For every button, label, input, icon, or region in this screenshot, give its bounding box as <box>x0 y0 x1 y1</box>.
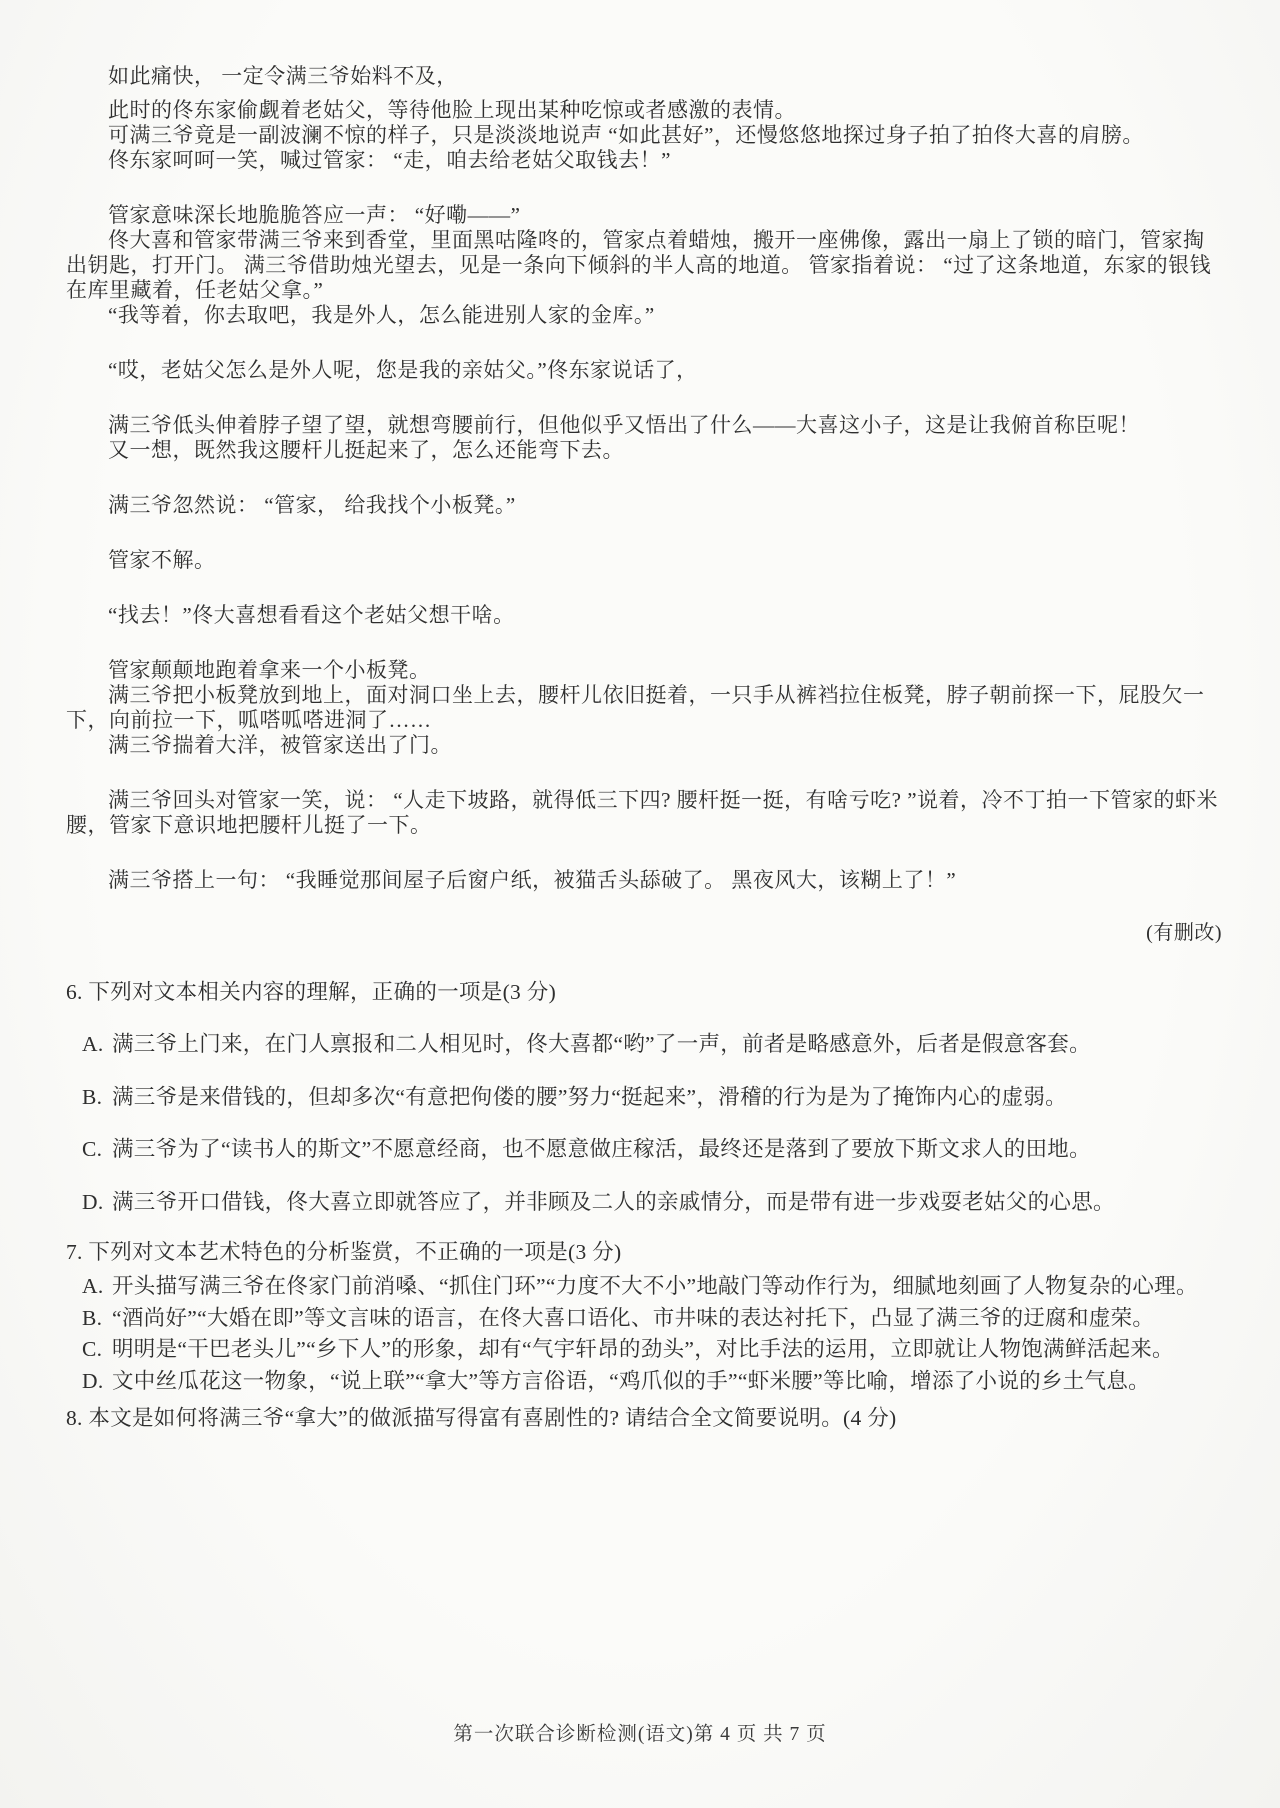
question-7-option-a: A.开头描写满三爷在佟家门前消嗓、“抓住门环”“力度不大不小”地敲门等动作行为，… <box>66 1273 1222 1301</box>
option-text: 满三爷是来借钱的，但却多次“有意把佝偻的腰”努力“挺起来”，滑稽的行为是为了掩饰… <box>112 1085 1067 1109</box>
story-paragraph: 满三爷回头对管家一笑，说： “人走下坡路，就得低三下四? 腰杆挺一挺，有啥亏吃?… <box>66 788 1222 838</box>
page-footer: 第一次联合诊断检测(语文)第 4 页 共 7 页 <box>0 1718 1280 1746</box>
story-paragraph: 管家颠颠地跑着拿来一个小板凳。 <box>66 658 1222 683</box>
story-paragraph: 佟大喜和管家带满三爷来到香堂，里面黑咕隆咚的，管家点着蜡烛，搬开一座佛像，露出一… <box>66 228 1222 303</box>
question-7-option-b: B.“酒尚好”“大婚在即”等文言味的语言，在佟大喜口语化、市井味的表达衬托下，凸… <box>66 1305 1222 1333</box>
story-paragraph: “哎，老姑父怎么是外人呢，您是我的亲姑父。”佟东家说话了， <box>66 358 1222 383</box>
story-paragraph: “找去！”佟大喜想看看这个老姑父想干啥。 <box>66 603 1222 628</box>
option-label: B. <box>82 1084 102 1112</box>
question-6-stem: 6. 下列对文本相关内容的理解，正确的一项是(3 分) <box>66 978 1222 1006</box>
question-7-option-d: D.文中丝瓜花这一物象，“说上联”“拿大”等方言俗语，“鸡爪似的手”“虾米腰”等… <box>66 1368 1222 1396</box>
story-paragraph: 如此痛快， 一定令满三爷始料不及， <box>66 64 1222 89</box>
story-paragraph: 管家不解。 <box>66 548 1222 573</box>
question-6-option-c: C.满三爷为了“读书人的斯文”不愿意经商，也不愿意做庄稼活，最终还是落到了要放下… <box>66 1136 1222 1164</box>
question-7-stem: 7. 下列对文本艺术特色的分析鉴赏，不正确的一项是(3 分) <box>66 1238 1222 1266</box>
option-text: 明明是“干巴老头儿”“乡下人”的形象，却有“气宇轩昂的劲头”，对比手法的运用，立… <box>112 1337 1174 1361</box>
story-paragraph: 满三爷低头伸着脖子望了望，就想弯腰前行，但他似乎又悟出了什么——大喜这小子，这是… <box>66 413 1222 438</box>
question-6-options: A.满三爷上门来，在门人禀报和二人相见时，佟大喜都“哟”了一声，前者是略感意外，… <box>66 1031 1222 1216</box>
story-paragraph: 满三爷揣着大洋，被管家送出了门。 <box>66 733 1222 758</box>
option-label: B. <box>82 1305 102 1333</box>
story-paragraph: 可满三爷竟是一副波澜不惊的样子，只是淡淡地说声 “如此甚好”，还慢悠悠地探过身子… <box>66 123 1222 148</box>
question-6: 6. 下列对文本相关内容的理解，正确的一项是(3 分) A.满三爷上门来，在门人… <box>66 978 1222 1216</box>
question-7: 7. 下列对文本艺术特色的分析鉴赏，不正确的一项是(3 分) A.开头描写满三爷… <box>66 1238 1222 1395</box>
option-text: 满三爷开口借钱，佟大喜立即就答应了，并非顾及二人的亲戚情分，而是带有进一步戏耍老… <box>112 1190 1115 1214</box>
question-6-option-a: A.满三爷上门来，在门人禀报和二人相见时，佟大喜都“哟”了一声，前者是略感意外，… <box>66 1031 1222 1059</box>
reading-passage: 如此痛快， 一定令满三爷始料不及， 此时的佟东家偷觑着老姑父，等待他脸上现出某种… <box>66 64 1222 946</box>
option-label: D. <box>82 1189 104 1217</box>
option-text: 开头描写满三爷在佟家门前消嗓、“抓住门环”“力度不大不小”地敲门等动作行为，细腻… <box>112 1274 1198 1298</box>
option-label: A. <box>82 1031 104 1059</box>
exam-page: 如此痛快， 一定令满三爷始料不及， 此时的佟东家偷觑着老姑父，等待他脸上现出某种… <box>0 0 1280 1808</box>
question-8-stem: 8. 本文是如何将满三爷“拿大”的做派描写得富有喜剧性的? 请结合全文简要说明。… <box>66 1404 1222 1432</box>
questions-section: 6. 下列对文本相关内容的理解，正确的一项是(3 分) A.满三爷上门来，在门人… <box>66 978 1222 1432</box>
source-note: (有删改) <box>66 921 1222 946</box>
option-text: “酒尚好”“大婚在即”等文言味的语言，在佟大喜口语化、市井味的表达衬托下，凸显了… <box>112 1306 1154 1330</box>
story-paragraph: “我等着，你去取吧，我是外人，怎么能进别人家的金库。” <box>66 303 1222 328</box>
story-paragraph: 管家意味深长地脆脆答应一声： “好嘞——” <box>66 203 1222 228</box>
option-label: C. <box>82 1136 102 1164</box>
option-label: C. <box>82 1336 102 1364</box>
story-paragraph: 又一想，既然我这腰杆儿挺起来了，怎么还能弯下去。 <box>66 438 1222 463</box>
option-label: D. <box>82 1368 104 1396</box>
question-7-option-c: C.明明是“干巴老头儿”“乡下人”的形象，却有“气宇轩昂的劲头”，对比手法的运用… <box>66 1336 1222 1364</box>
option-text: 满三爷上门来，在门人禀报和二人相见时，佟大喜都“哟”了一声，前者是略感意外，后者… <box>112 1032 1091 1056</box>
story-paragraph: 满三爷把小板凳放到地上，面对洞口坐上去，腰杆儿依旧挺着，一只手从裤裆拉住板凳，脖… <box>66 683 1222 733</box>
story-paragraph: 此时的佟东家偷觑着老姑父，等待他脸上现出某种吃惊或者感激的表情。 <box>66 98 1222 123</box>
story-paragraph: 佟东家呵呵一笑，喊过管家： “走，咱去给老姑父取钱去！” <box>66 148 1222 173</box>
option-text: 文中丝瓜花这一物象，“说上联”“拿大”等方言俗语，“鸡爪似的手”“虾米腰”等比喻… <box>112 1369 1150 1393</box>
option-text: 满三爷为了“读书人的斯文”不愿意经商，也不愿意做庄稼活，最终还是落到了要放下斯文… <box>112 1137 1091 1161</box>
story-paragraph: 满三爷忽然说： “管家， 给我找个小板凳。” <box>66 493 1222 518</box>
question-6-option-b: B.满三爷是来借钱的，但却多次“有意把佝偻的腰”努力“挺起来”，滑稽的行为是为了… <box>66 1084 1222 1112</box>
story-paragraph: 满三爷搭上一句： “我睡觉那间屋子后窗户纸，被猫舌头舔破了。 黑夜风大，该糊上了… <box>66 868 1222 893</box>
question-7-options: A.开头描写满三爷在佟家门前消嗓、“抓住门环”“力度不大不小”地敲门等动作行为，… <box>66 1273 1222 1395</box>
question-6-option-d: D.满三爷开口借钱，佟大喜立即就答应了，并非顾及二人的亲戚情分，而是带有进一步戏… <box>66 1189 1222 1217</box>
page-content: 如此痛快， 一定令满三爷始料不及， 此时的佟东家偷觑着老姑父，等待他脸上现出某种… <box>66 64 1222 1432</box>
option-label: A. <box>82 1273 104 1301</box>
